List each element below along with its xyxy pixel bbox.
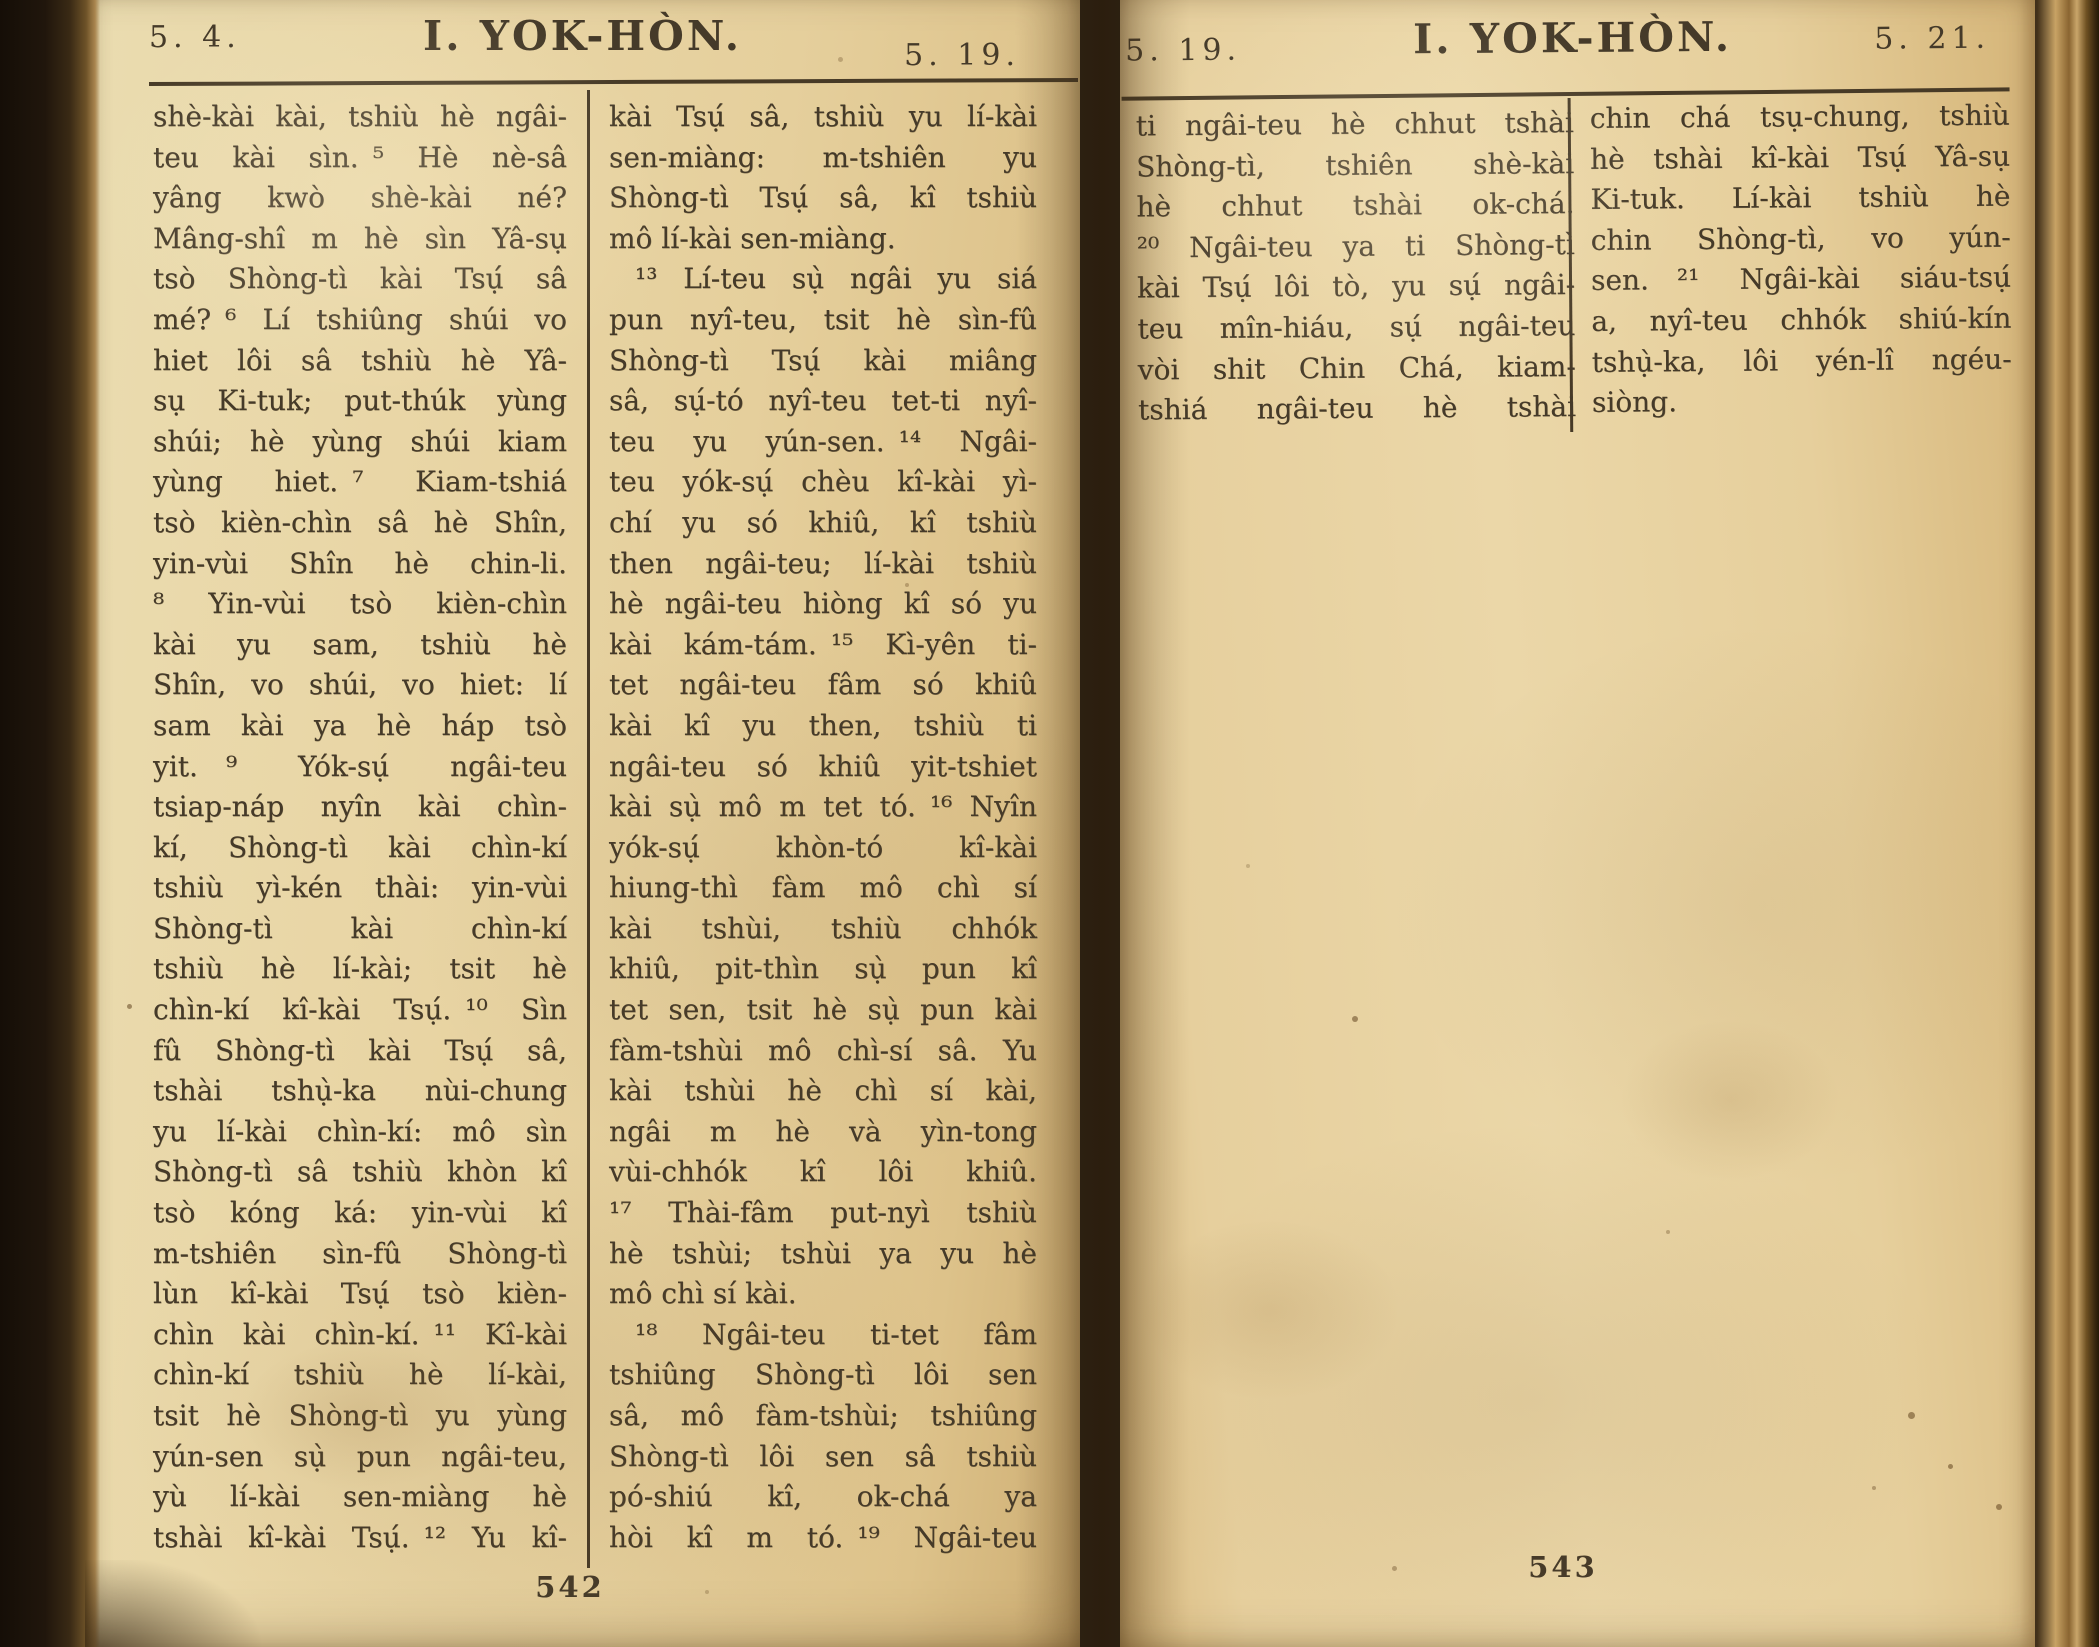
text-column-right: chin chá tsụ-chung, tshiùhè tshài kî-kài… <box>1590 96 2013 424</box>
text-line: chìn-kí tshiù hè lí-kài, <box>153 1355 567 1396</box>
stain <box>1872 1486 1876 1490</box>
text-line: m-tshiên sìn-fû Shòng-tì <box>153 1234 567 1275</box>
text-line: tet ngâi-teu fâm só khiû <box>609 665 1037 706</box>
stain <box>1908 1412 1915 1419</box>
text-line: hè tshùi; tshùi ya yu hè <box>609 1234 1037 1275</box>
text-line: Shòng-tì Tsụ́ sâ, kî tshiù <box>609 178 1037 219</box>
text-line: sâ, sụ́-tó nyî-teu tet-ti nyî- <box>609 381 1037 422</box>
text-line: teu mîn-hiáu, sụ́ ngâi-teu <box>1137 306 1575 350</box>
text-column-left: shè-kài kài, tshiù hè ngâi-teu kài sìn. … <box>153 97 567 1558</box>
text-line: kài yu sam, tshiù hè <box>153 625 567 666</box>
text-line: teu yók-sụ́ chèu kî-kài yì- <box>609 462 1037 503</box>
text-line: tsò kièn-chìn sâ hè Shîn, <box>153 503 567 544</box>
text-line: chí yu só khiû, kî tshiù <box>609 503 1037 544</box>
text-line: sen. ²¹ Ngâi-kài siáu-tsụ́ <box>1591 258 2011 302</box>
text-line: tet sen, tsit hè sụ̀ pun kài <box>609 990 1037 1031</box>
text-line: tshiù yì-kén thài: yin-vùi <box>153 868 567 909</box>
text-line: tsiap-náp nyîn kài chìn- <box>153 787 567 828</box>
text-line: ¹³ Lí-teu sụ̀ ngâi yu siá <box>609 259 1037 300</box>
text-line: yin-vùi Shîn hè chin-li. <box>153 544 567 585</box>
text-line: Shîn, vo shúi, vo hiet: lí <box>153 665 567 706</box>
stain <box>127 1004 132 1009</box>
text-line: pó-shiú kî, ok-chá ya <box>609 1477 1037 1518</box>
text-line: mô chì sí kài. <box>609 1274 1037 1315</box>
text-line: kài kî yu then, tshiù ti <box>609 706 1037 747</box>
text-line: yâng kwò shè-kài né? <box>153 178 567 219</box>
stain <box>905 583 909 587</box>
right-page-content: 5. 19. I. YOK-HÒN. 5. 21. ti ngâi-teu hè… <box>1115 0 2043 1647</box>
text-line: fû Shòng-tì kài Tsụ́ sâ, <box>153 1031 567 1072</box>
text-line: siòng. <box>1592 380 2012 424</box>
text-line: sen-miàng: m-tshiên yu <box>609 138 1037 179</box>
text-line: tshiá ngâi-teu hè tshài <box>1138 387 1576 431</box>
running-head-verse-ref-right: 5. 21. <box>1874 21 1990 57</box>
text-line: kài kám-tám. ¹⁵ Kì-yên ti- <box>609 625 1037 666</box>
text-line: tsò kóng ká: yin-vùi kî <box>153 1193 567 1234</box>
text-line: yùng hiet. ⁷ Kiam-tshiá <box>153 462 567 503</box>
text-line: Ki-tuk. Lí-kài tshiù hè <box>1590 177 2010 221</box>
text-line: Shòng-tì Tsụ́ kài miâng <box>609 341 1037 382</box>
text-line: mé? ⁶ Lí tshiûng shúi vo <box>153 300 567 341</box>
text-line: shúi; hè yùng shúi kiam <box>153 422 567 463</box>
running-head-verse-ref-right: 5. 19. <box>904 38 1020 73</box>
text-line: fàm-tshùi mô chì-sí sâ. Yu <box>609 1031 1037 1072</box>
text-line: mô lí-kài sen-miàng. <box>609 219 1037 260</box>
text-line: ti ngâi-teu hè chhut tshài <box>1136 103 1574 147</box>
text-line: lùn kî-kài Tsụ́ tsò kièn- <box>153 1274 567 1315</box>
text-line: yók-sụ́ khòn-tó kî-kài <box>609 828 1037 869</box>
text-line: hiet lôi sâ tshiù hè Yâ- <box>153 341 567 382</box>
text-line: kí, Shòng-tì kài chìn-kí <box>153 828 567 869</box>
text-line: yù lí-kài sen-miàng hè <box>153 1477 567 1518</box>
book-right-edge <box>2020 0 2099 1647</box>
text-line: Mâng-shî m hè sìn Yâ-sụ <box>153 219 567 260</box>
book-scan: 5. 4. I. YOK-HÒN. 5. 19. shè-kài kài, ts… <box>0 0 2099 1647</box>
text-line: Shòng-tì, tshiên shè-kài <box>1136 144 1574 188</box>
stain <box>1996 1504 2002 1510</box>
text-line: yu lí-kài chìn-kí: mô sìn <box>153 1112 567 1153</box>
text-line: tsit hè Shòng-tì yu yùng <box>153 1396 567 1437</box>
stain <box>1392 1566 1397 1571</box>
text-column-right: kài Tsụ́ sâ, tshiù yu lí-kàisen-miàng: m… <box>609 97 1037 1558</box>
text-line: chin Shòng-tì, vo yún- <box>1591 217 2011 261</box>
text-line: kài Tsụ́ sâ, tshiù yu lí-kài <box>609 97 1037 138</box>
text-line: tshiûng Shòng-tì lôi sen <box>609 1355 1037 1396</box>
text-line: kài tshùi hè chì sí kài, <box>609 1071 1037 1112</box>
stain <box>705 1590 709 1594</box>
book-left-edge <box>0 0 100 1647</box>
text-line: kài tshùi, tshiù chhók <box>609 909 1037 950</box>
column-divider <box>587 90 590 1568</box>
text-line: chìn-kí kî-kài Tsụ́. ¹⁰ Sìn <box>153 990 567 1031</box>
text-line: khiû, pit-thìn sụ̀ pun kî <box>609 949 1037 990</box>
stain <box>838 57 843 62</box>
text-line: sam kài ya hè háp tsò <box>153 706 567 747</box>
text-line: pun nyî-teu, tsit hè sìn-fû <box>609 300 1037 341</box>
text-line: ¹⁸ Ngâi-teu ti-tet fâm <box>609 1315 1037 1356</box>
text-line: ⁸ Yin-vùi tsò kièn-chìn <box>153 584 567 625</box>
text-line: hiung-thì fàm mô chì sí <box>609 868 1037 909</box>
text-line: kài Tsụ́ lôi tò, yu sụ́ ngâi- <box>1137 265 1575 309</box>
text-line: teu kài sìn. ⁵ Hè nè-sâ <box>153 138 567 179</box>
text-line: Shòng-tì kài chìn-kí <box>153 909 567 950</box>
text-line: tshài kî-kài Tsụ́. ¹² Yu kî- <box>153 1518 567 1559</box>
text-line: vùi-chhók kî lôi khiû. <box>609 1152 1037 1193</box>
stain <box>1666 1230 1670 1234</box>
text-line: ngâi-teu só khiû yit-tshiet <box>609 747 1037 788</box>
text-line: ngâi m hè và yìn-tong <box>609 1112 1037 1153</box>
stain <box>1948 1464 1953 1469</box>
text-line: hòi kî m tó. ¹⁹ Ngâi-teu <box>609 1518 1037 1559</box>
text-line: tshụ̀-ka, lôi yén-lî ngéu- <box>1592 339 2012 383</box>
text-line: chìn kài chìn-kí. ¹¹ Kî-kài <box>153 1315 567 1356</box>
text-line: kài sụ̀ mô m tet tó. ¹⁶ Nyîn <box>609 787 1037 828</box>
text-line: chin chá tsụ-chung, tshiù <box>1590 96 2010 140</box>
header-rule <box>149 78 1078 86</box>
text-line: yit. ⁹ Yók-sụ́ ngâi-teu <box>153 747 567 788</box>
text-line: tshài tshụ̀-ka nùi-chung <box>153 1071 567 1112</box>
text-line: ²⁰ Ngâi-teu ya ti Shòng-tì <box>1137 225 1575 269</box>
text-line: Shòng-tì sâ tshiù khòn kî <box>153 1152 567 1193</box>
left-page: 5. 4. I. YOK-HÒN. 5. 19. shè-kài kài, ts… <box>85 0 1080 1647</box>
text-column-left: ti ngâi-teu hè chhut tshàiShòng-tì, tshi… <box>1136 103 1577 431</box>
text-line: shè-kài kài, tshiù hè ngâi- <box>153 97 567 138</box>
text-line: hè chhut tshài ok-chá. <box>1136 184 1574 228</box>
text-line: sâ, mô fàm-tshùi; tshiûng <box>609 1396 1037 1437</box>
page-number: 543 <box>1493 1550 1633 1584</box>
stain <box>1246 864 1250 868</box>
text-line: vòi shit Chin Chá, kiam- <box>1138 347 1576 391</box>
text-line: teu yu yún-sen. ¹⁴ Ngâi- <box>609 422 1037 463</box>
text-line: then ngâi-teu; lí-kài tshiù <box>609 544 1037 585</box>
page-number: 542 <box>500 1570 640 1604</box>
text-line: yún-sen sụ̀ pun ngâi-teu, <box>153 1437 567 1478</box>
text-line: tshiù hè lí-kài; tsit hè <box>153 949 567 990</box>
stain <box>1352 1016 1358 1022</box>
right-page: 5. 19. I. YOK-HÒN. 5. 21. ti ngâi-teu hè… <box>1120 0 2035 1647</box>
text-line: hè ngâi-teu hiòng kî só yu <box>609 584 1037 625</box>
text-line: sụ Ki-tuk; put-thúk yùng <box>153 381 567 422</box>
text-line: tsò Shòng-tì kài Tsụ́ sâ <box>153 259 567 300</box>
text-line: a, nyî-teu chhók shiú-kín <box>1591 299 2011 343</box>
text-line: ¹⁷ Thài-fâm put-nyì tshiù <box>609 1193 1037 1234</box>
text-line: Shòng-tì lôi sen sâ tshiù <box>609 1437 1037 1478</box>
text-line: hè tshài kî-kài Tsụ́ Yâ-sụ <box>1590 136 2010 180</box>
